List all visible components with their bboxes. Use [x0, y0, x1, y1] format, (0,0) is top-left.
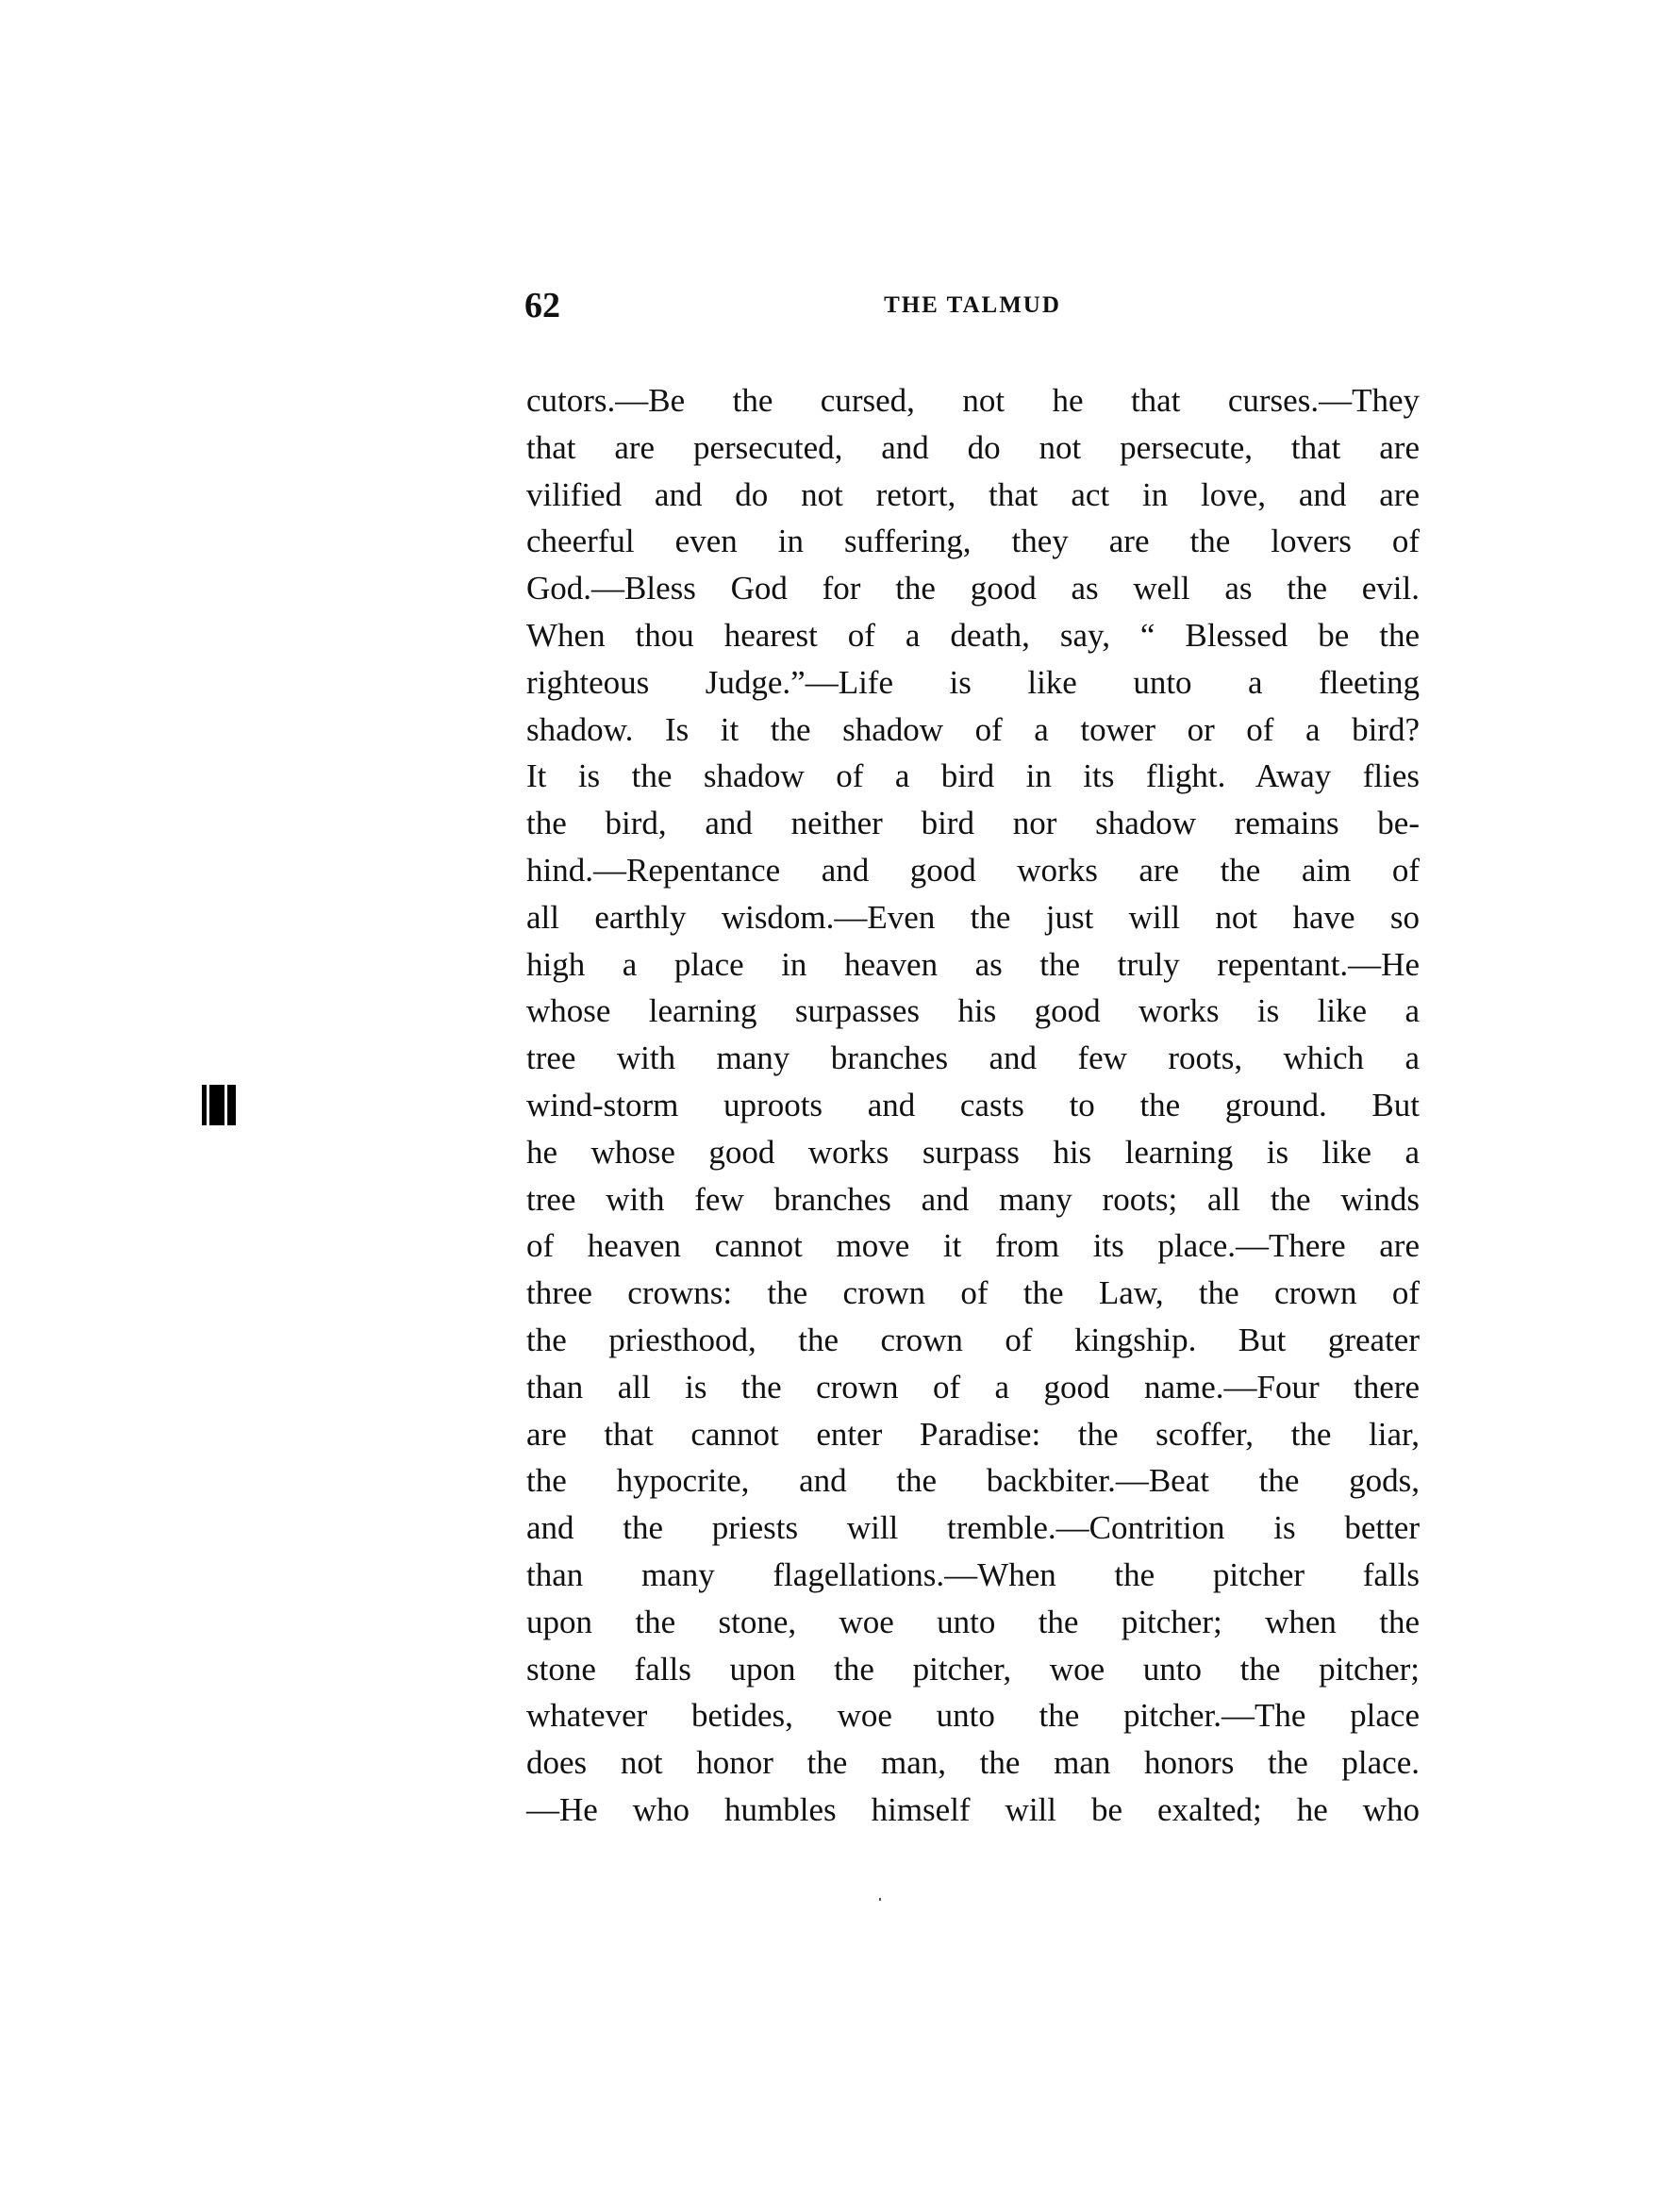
- text-line: wind-storm uproots and casts to the grou…: [526, 1082, 1420, 1129]
- text-line-content: than all is the crown of a good name.—Fo…: [526, 1364, 1420, 1411]
- text-line: all earthly wisdom.—Even the just will n…: [526, 894, 1420, 941]
- text-line-content: It is the shadow of a bird in its flight…: [526, 753, 1420, 800]
- text-line-content: tree with many branches and few roots, w…: [526, 1035, 1420, 1082]
- text-line-content: shadow. Is it the shadow of a tower or o…: [526, 707, 1420, 754]
- text-line-content: of heaven cannot move it from its place.…: [526, 1222, 1420, 1270]
- text-line-content: the bird, and neither bird nor shadow re…: [526, 800, 1420, 847]
- text-line: It is the shadow of a bird in its flight…: [526, 753, 1420, 800]
- text-line-content: upon the stone, woe unto the pitcher; wh…: [526, 1599, 1420, 1646]
- text-line: and the priests will tremble.—Contrition…: [526, 1505, 1420, 1552]
- text-line: stone falls upon the pitcher, woe unto t…: [526, 1646, 1420, 1693]
- page-number: 62: [524, 285, 560, 326]
- text-line-content: all earthly wisdom.—Even the just will n…: [526, 894, 1420, 941]
- text-line-content: vilified and do not retort, that act in …: [526, 472, 1420, 519]
- text-line: than many flagellations.—When the pitche…: [526, 1552, 1420, 1599]
- text-line: than all is the crown of a good name.—Fo…: [526, 1364, 1420, 1411]
- text-line: God.—Bless God for the good as well as t…: [526, 565, 1420, 612]
- text-line: the hypocrite, and the backbiter.—Beat t…: [526, 1457, 1420, 1505]
- text-line-content: high a place in heaven as the truly repe…: [526, 941, 1420, 989]
- text-line: upon the stone, woe unto the pitcher; wh…: [526, 1599, 1420, 1646]
- text-line: high a place in heaven as the truly repe…: [526, 941, 1420, 989]
- scan-speck: [879, 1898, 881, 1901]
- text-line: he whose good works surpass his learning…: [526, 1129, 1420, 1176]
- text-line-content: the priesthood, the crown of kingship. B…: [526, 1317, 1420, 1364]
- text-line: the priesthood, the crown of kingship. B…: [526, 1317, 1420, 1364]
- text-line-content: whose learning surpasses his good works …: [526, 988, 1420, 1035]
- text-line-content: and the priests will tremble.—Contrition…: [526, 1505, 1420, 1552]
- text-line: —He who humbles himself will be exalted;…: [526, 1787, 1420, 1834]
- text-line-content: three crowns: the crown of the Law, the …: [526, 1270, 1420, 1317]
- text-line-content: wind-storm uproots and casts to the grou…: [526, 1082, 1420, 1129]
- text-line-content: God.—Bless God for the good as well as t…: [526, 565, 1420, 612]
- text-line-content: are that cannot enter Paradise: the scof…: [526, 1411, 1420, 1458]
- text-line: that are persecuted, and do not persecut…: [526, 424, 1420, 472]
- text-line-content: cheerful even in suffering, they are the…: [526, 518, 1420, 565]
- text-line: tree with many branches and few roots, w…: [526, 1035, 1420, 1082]
- text-line: shadow. Is it the shadow of a tower or o…: [526, 707, 1420, 754]
- text-line-content: does not honor the man, the man honors t…: [526, 1739, 1420, 1787]
- text-line: tree with few branches and many roots; a…: [526, 1176, 1420, 1223]
- text-line-content: —He who humbles himself will be exalted;…: [526, 1787, 1420, 1834]
- text-line-content: than many flagellations.—When the pitche…: [526, 1552, 1420, 1599]
- text-line-content: he whose good works surpass his learning…: [526, 1129, 1420, 1176]
- text-line: are that cannot enter Paradise: the scof…: [526, 1411, 1420, 1458]
- text-line-content: that are persecuted, and do not persecut…: [526, 424, 1420, 472]
- text-line: vilified and do not retort, that act in …: [526, 472, 1420, 519]
- text-line: the bird, and neither bird nor shadow re…: [526, 800, 1420, 847]
- text-line: of heaven cannot move it from its place.…: [526, 1222, 1420, 1270]
- text-line-content: the hypocrite, and the backbiter.—Beat t…: [526, 1457, 1420, 1505]
- text-line: When thou hearest of a death, say, “ Ble…: [526, 612, 1420, 659]
- text-line-content: When thou hearest of a death, say, “ Ble…: [526, 612, 1420, 659]
- bar-segment: [227, 1085, 236, 1125]
- text-line-content: stone falls upon the pitcher, woe unto t…: [526, 1646, 1420, 1693]
- text-line-content: whatever betides, woe unto the pitcher.—…: [526, 1692, 1420, 1739]
- text-line: whatever betides, woe unto the pitcher.—…: [526, 1692, 1420, 1739]
- text-line: does not honor the man, the man honors t…: [526, 1739, 1420, 1787]
- running-head: THE TALMUD: [849, 289, 1096, 323]
- text-line: cheerful even in suffering, they are the…: [526, 518, 1420, 565]
- text-line-content: cutors.—Be the cursed, not he that curse…: [526, 377, 1420, 424]
- bar-segment: [202, 1085, 207, 1125]
- text-line: cutors.—Be the cursed, not he that curse…: [526, 377, 1420, 424]
- text-line: hind.—Repentance and good works are the …: [526, 847, 1420, 894]
- text-line-content: hind.—Repentance and good works are the …: [526, 847, 1420, 894]
- text-line: three crowns: the crown of the Law, the …: [526, 1270, 1420, 1317]
- bar-segment: [209, 1085, 224, 1125]
- scan-bar-mark-icon: [202, 1085, 237, 1125]
- text-line-content: tree with few branches and many roots; a…: [526, 1176, 1420, 1223]
- text-line-content: righteous Judge.”—Life is like unto a fl…: [526, 659, 1420, 707]
- text-line: whose learning surpasses his good works …: [526, 988, 1420, 1035]
- body-text: cutors.—Be the cursed, not he that curse…: [526, 377, 1420, 1834]
- text-line: righteous Judge.”—Life is like unto a fl…: [526, 659, 1420, 707]
